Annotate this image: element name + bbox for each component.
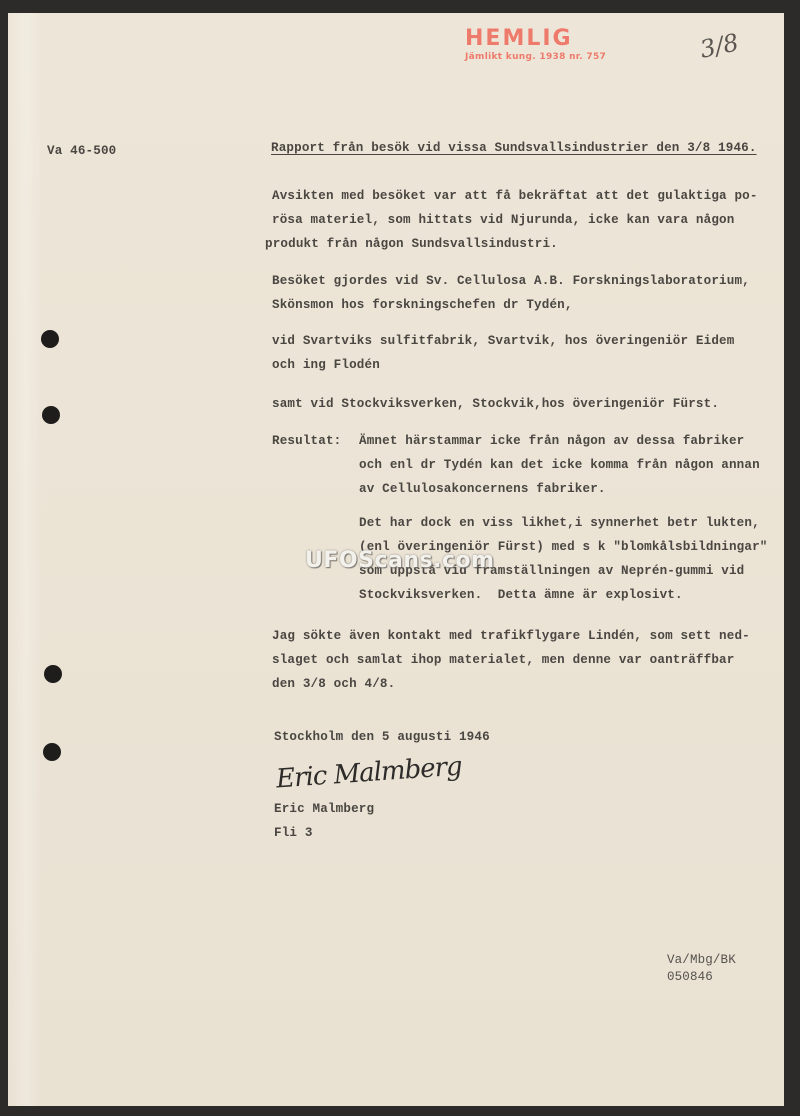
punch-hole <box>41 330 59 348</box>
result-line: Ämnet härstammar icke från någon av dess… <box>359 434 744 448</box>
result-line: Stockviksverken. Detta ämne är explosivt… <box>359 588 683 602</box>
report-title: Rapport från besök vid vissa Sundsvallsi… <box>271 141 757 155</box>
classification-stamp-title: HEMLIG <box>465 26 573 51</box>
visit-line: samt vid Stockviksverken, Stockvik,hos ö… <box>272 397 719 411</box>
punch-hole <box>43 743 61 761</box>
purpose-line: produkt från någon Sundsvallsindustri. <box>265 237 558 251</box>
punch-hole <box>42 406 60 424</box>
document-reference: Va 46-500 <box>47 144 116 158</box>
contact-line: slaget och samlat ihop materialet, men d… <box>272 653 734 667</box>
result-line: Det har dock en viss likhet,i synnerhet … <box>359 516 760 530</box>
visit-line: Besöket gjordes vid Sv. Cellulosa A.B. F… <box>272 274 750 288</box>
signer-name: Eric Malmberg <box>274 802 374 816</box>
place-date: Stockholm den 5 augusti 1946 <box>274 730 490 744</box>
signer-unit: Fli 3 <box>274 826 313 840</box>
visit-line: och ing Flodén <box>272 358 380 372</box>
watermark: UFOScans.com <box>305 548 495 573</box>
contact-line: Jag sökte även kontakt med trafikflygare… <box>272 629 750 643</box>
purpose-line: Avsikten med besöket var att få bekräfta… <box>272 189 758 203</box>
punch-hole <box>44 665 62 683</box>
filing-reference-initials: Va/Mbg/BK <box>667 953 736 967</box>
classification-stamp-subtitle: Jämlikt kung. 1938 nr. 757 <box>465 52 606 62</box>
contact-line: den 3/8 och 4/8. <box>272 677 395 691</box>
filing-reference-date: 050846 <box>667 970 713 984</box>
result-line: och enl dr Tydén kan det icke komma från… <box>359 458 760 472</box>
purpose-line: rösa materiel, som hittats vid Njurunda,… <box>272 213 734 227</box>
visit-line: vid Svartviks sulfitfabrik, Svartvik, ho… <box>272 334 734 348</box>
result-line: av Cellulosakoncernens fabriker. <box>359 482 606 496</box>
visit-line: Skönsmon hos forskningschefen dr Tydén, <box>272 298 573 312</box>
result-label: Resultat: <box>272 434 341 448</box>
